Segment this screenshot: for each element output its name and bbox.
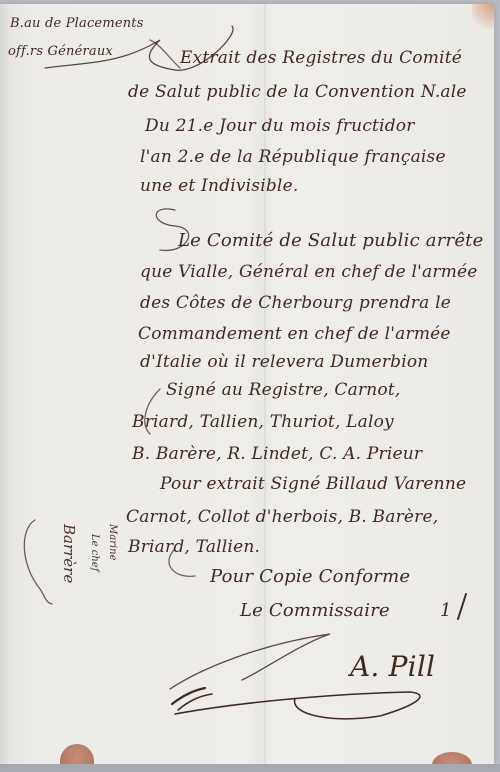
body-line-11: Signé au Registre, Carnot, bbox=[166, 380, 400, 400]
vertical-note-2: Le chef bbox=[89, 534, 100, 571]
body-line-9: Commandement en chef de l'armée bbox=[138, 324, 451, 344]
body-line-4: l'an 2.e de la République française bbox=[140, 147, 446, 167]
body-line-16: Briard, Tallien. bbox=[128, 537, 260, 557]
body-line-6: Le Comité de Salut public arrête bbox=[178, 230, 483, 251]
body-line-5: une et Indivisible. bbox=[140, 176, 298, 196]
vertical-note-1: Marine bbox=[107, 524, 118, 561]
margin-header-line2: off.rs Généraux bbox=[8, 44, 113, 59]
body-line-3: Du 21.e Jour du mois fructidor bbox=[145, 116, 415, 136]
body-line-12: Briard, Tallien, Thuriot, Laloy bbox=[132, 412, 394, 432]
certification-line2: Le Commissaire bbox=[240, 600, 390, 621]
manuscript-page: B.au de Placements off.rs Généraux Extra… bbox=[0, 4, 494, 764]
background-surface bbox=[0, 764, 500, 772]
certification-line1: Pour Copie Conforme bbox=[210, 566, 410, 587]
body-line-1: Extrait des Registres du Comité bbox=[180, 48, 462, 68]
body-line-15: Carnot, Collot d'herbois, B. Barère, bbox=[126, 507, 438, 527]
margin-header-line1: B.au de Placements bbox=[10, 16, 144, 31]
body-line-10: d'Italie où il relevera Dumerbion bbox=[140, 352, 428, 372]
body-line-7: que Vialle, Général en chef de l'armée bbox=[140, 262, 478, 282]
certification-mark: 1 bbox=[440, 600, 452, 621]
signature: A. Pill bbox=[350, 650, 435, 683]
body-line-13: B. Barère, R. Lindet, C. A. Prieur bbox=[132, 444, 422, 464]
vertical-note-3: Barrère bbox=[60, 524, 78, 583]
body-line-14: Pour extrait Signé Billaud Varenne bbox=[160, 474, 466, 494]
body-line-2: de Salut public de la Convention N.ale bbox=[128, 82, 467, 102]
body-line-8: des Côtes de Cherbourg prendra le bbox=[140, 293, 451, 313]
